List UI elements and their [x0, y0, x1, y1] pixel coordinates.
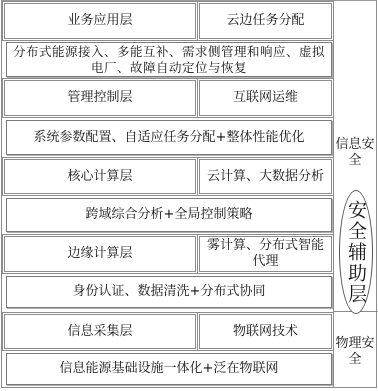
security-aux-layer-label: 安全辅助层 [345, 200, 367, 305]
function-box-4: 身份认证、数据清洗+分布式协同 [6, 276, 332, 308]
tech-label: 云边任务分配 [226, 13, 304, 29]
layer-tech-cloud-bigdata: 云计算、大数据分析 [197, 157, 334, 196]
tech-label: 互联网运维 [233, 90, 298, 106]
physical-security-label: 物理安全 [333, 336, 377, 368]
function-text: 跨域综合分析+全局控制策略 [86, 207, 253, 223]
function-text: 信息能源基础设施一体化+泛在物联网 [60, 361, 279, 377]
physical-security-text: 物理安全 [335, 336, 374, 367]
layer-label: 核心计算层 [67, 169, 132, 185]
function-box-1: 分布式能源接入、多能互补、需求侧管理和响应、虚拟电厂、故障自动定位与恢复 [6, 42, 332, 77]
function-box-5: 信息能源基础设施一体化+泛在物联网 [6, 353, 332, 385]
info-security-text: 信息安全 [335, 137, 374, 168]
layer-tech-iot: 物联网技术 [197, 312, 334, 351]
layer-label: 管理控制层 [67, 90, 132, 106]
function-text: 系统参数配置、自适应任务分配+整体性能优化 [34, 130, 305, 146]
tech-label: 云计算、大数据分析 [207, 169, 324, 185]
layer-label: 边缘计算层 [67, 246, 132, 262]
layer-label: 信息采集层 [67, 324, 132, 340]
layer-core-computing: 核心计算层 [2, 157, 198, 196]
layer-edge-computing: 边缘计算层 [2, 234, 198, 274]
tech-label: 雾计算、分布式智能代理 [204, 238, 327, 270]
function-text: 分布式能源接入、多能互补、需求侧管理和响应、虚拟电厂、故障自动定位与恢复 [13, 44, 325, 76]
layer-management-control: 管理控制层 [2, 78, 198, 118]
security-aux-layer-ellipse: 安全辅助层 [339, 190, 373, 314]
tech-label: 物联网技术 [233, 324, 298, 340]
layer-label: 业务应用层 [67, 13, 132, 29]
layer-tech-cloud-edge-task: 云边任务分配 [197, 1, 334, 41]
layer-tech-fog-agent: 雾计算、分布式智能代理 [197, 234, 334, 274]
layer-tech-internet-ops: 互联网运维 [197, 78, 334, 118]
info-security-label: 信息安全 [333, 137, 377, 169]
layer-info-collection: 信息采集层 [2, 312, 198, 351]
function-box-3: 跨域综合分析+全局控制策略 [6, 198, 332, 232]
layer-business-application: 业务应用层 [2, 1, 198, 41]
function-text: 身份认证、数据清洗+分布式协同 [73, 284, 266, 300]
function-box-2: 系统参数配置、自适应任务分配+整体性能优化 [6, 120, 332, 155]
